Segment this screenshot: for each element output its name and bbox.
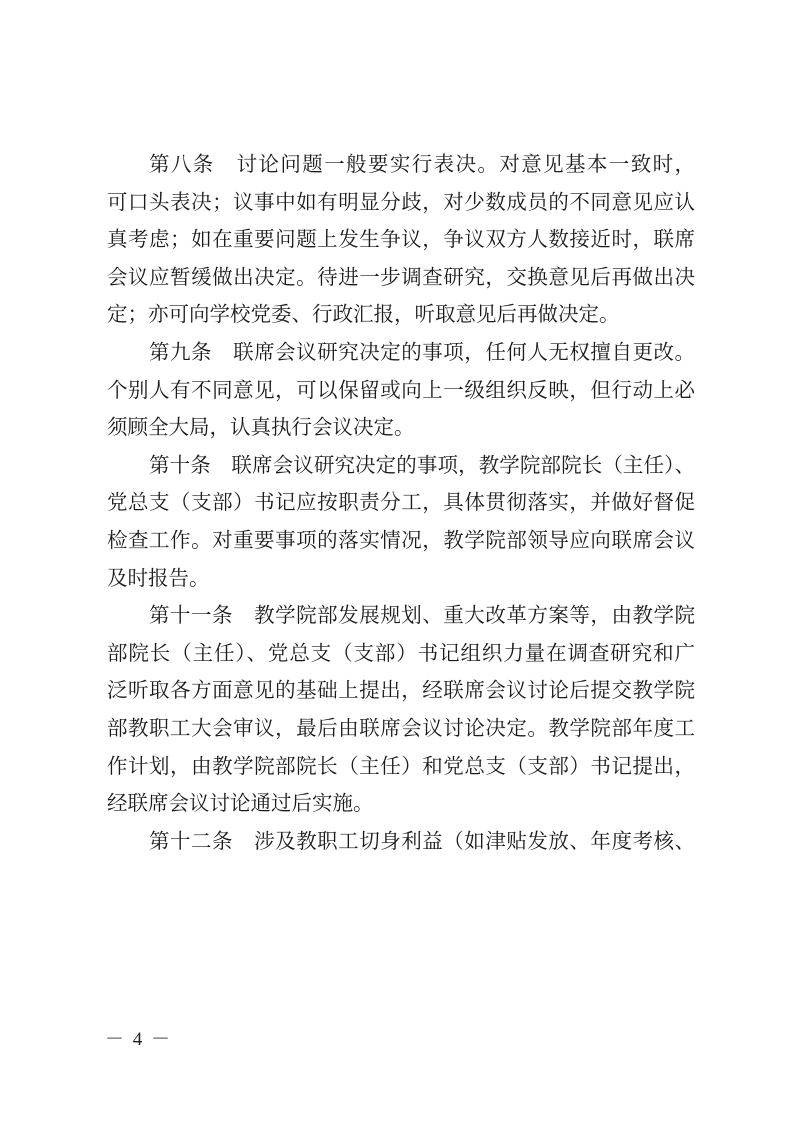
paragraph-line: 泛听取各方面意见的基础上提出，经联席会议讨论后提交教学院: [107, 672, 695, 710]
paragraph-line: 检查工作。对重要事项的落实情况，教学院部领导应向联席会议: [107, 522, 695, 560]
article-paragraph-start-line: 第八条 讨论问题一般要实行表决。对意见基本一致时，: [107, 146, 695, 184]
article-paragraph-start-line: 第十条 联席会议研究决定的事项，教学院部院长（主任）、: [107, 447, 695, 485]
article-paragraph-start-line: 第十一条 教学院部发展规划、重大改革方案等，由教学院: [107, 597, 695, 635]
paragraph-line: 可口头表决；议事中如有明显分歧，对少数成员的不同意见应认: [107, 184, 695, 222]
paragraph-line: 党总支（支部）书记应按职责分工，具体贯彻落实，并做好督促: [107, 484, 695, 522]
paragraph-line: 真考虑；如在重要问题上发生争议，争议双方人数接近时，联席: [107, 221, 695, 259]
paragraph-line: 须顾全大局，认真执行会议决定。: [107, 409, 695, 447]
document-page: 第八条 讨论问题一般要实行表决。对意见基本一致时，可口头表决；议事中如有明显分歧…: [0, 0, 793, 1122]
document-body: 第八条 讨论问题一般要实行表决。对意见基本一致时，可口头表决；议事中如有明显分歧…: [107, 146, 695, 860]
paragraph-line: 会议应暂缓做出决定。待进一步调查研究，交换意见后再做出决: [107, 259, 695, 297]
article-paragraph-start-line: 第九条 联席会议研究决定的事项，任何人无权擅自更改。: [107, 334, 695, 372]
page-number: － 4 －: [105, 1024, 172, 1051]
paragraph-line: 及时报告。: [107, 560, 695, 598]
paragraph-line: 部教职工大会审议，最后由联席会议讨论决定。教学院部年度工: [107, 710, 695, 748]
article-paragraph-start-line: 第十二条 涉及教职工切身利益（如津贴发放、年度考核、: [107, 823, 695, 861]
paragraph-line: 个别人有不同意见，可以保留或向上一级组织反映，但行动上必: [107, 372, 695, 410]
paragraph-line: 定；亦可向学校党委、行政汇报，听取意见后再做决定。: [107, 296, 695, 334]
paragraph-line: 部院长（主任）、党总支（支部）书记组织力量在调查研究和广: [107, 635, 695, 673]
paragraph-line: 经联席会议讨论通过后实施。: [107, 785, 695, 823]
paragraph-line: 作计划，由教学院部院长（主任）和党总支（支部）书记提出，: [107, 748, 695, 786]
